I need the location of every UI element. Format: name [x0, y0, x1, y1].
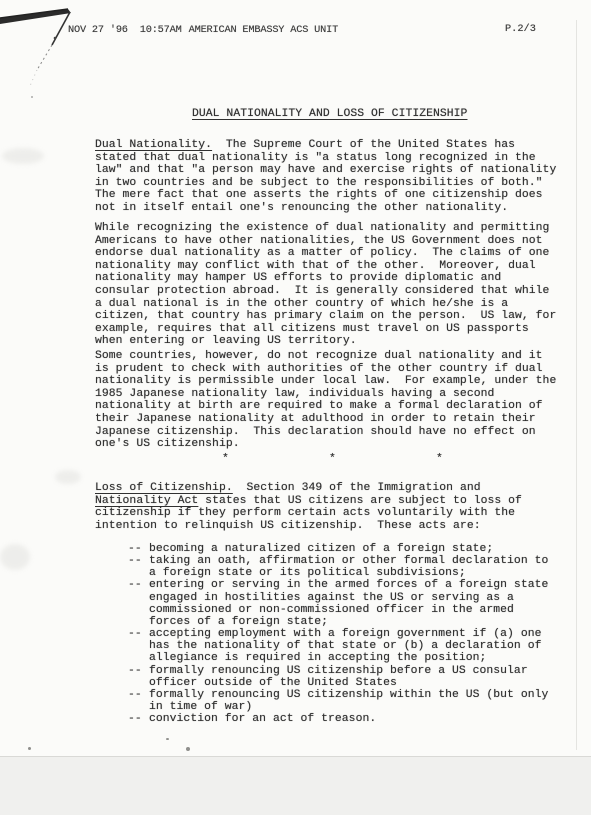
dual-nationality-heading: Dual Nationality.	[95, 139, 212, 151]
fax-page-indicator: P.2/3	[505, 23, 536, 35]
scan-smudge	[0, 544, 30, 570]
bullet-dash: --	[128, 579, 149, 628]
bullet-text: taking an oath, affirmation or other for…	[149, 555, 565, 579]
asterisk-glyph: *	[329, 453, 336, 465]
list-item: -- conviction for an act of treason.	[128, 713, 565, 725]
paragraph-loss-of-citizenship: Loss of Citizenship. Section 349 of the …	[95, 482, 575, 532]
bullet-list: -- becoming a naturalized citizen of a f…	[95, 543, 565, 725]
list-item: -- entering or serving in the armed forc…	[128, 579, 565, 628]
list-item: -- becoming a naturalized citizen of a f…	[128, 543, 565, 555]
bullet-text: becoming a naturalized citizen of a fore…	[149, 543, 565, 555]
scan-smudge	[2, 148, 44, 164]
bullet-dash: --	[128, 689, 149, 713]
scanner-background-strip	[0, 756, 591, 815]
asterisk-glyph: *	[436, 453, 443, 465]
nationality-act-heading: Nationality Act	[95, 495, 198, 507]
fold-crease-mark	[0, 0, 120, 115]
scan-speck	[166, 738, 169, 740]
bullet-text: accepting employment with a foreign gove…	[149, 628, 565, 664]
fax-sender: AMERICAN EMBASSY ACS UNIT	[189, 24, 338, 36]
bullet-dash: --	[128, 665, 149, 689]
scan-speck	[186, 747, 190, 751]
bullet-dash: --	[128, 628, 149, 664]
document-title: DUAL NATIONALITY AND LOSS OF CITIZENSHIP	[192, 107, 467, 121]
bullet-text: entering or serving in the armed forces …	[149, 579, 565, 628]
fax-datetime: NOV 27 '96 10:57AM	[68, 24, 182, 36]
asterisk-glyph: *	[222, 453, 229, 465]
bullet-dash: --	[128, 543, 149, 555]
bullet-text: formally renouncing US citizenship withi…	[149, 689, 565, 713]
paper-edge-line	[576, 20, 577, 750]
bullet-text: conviction for an act of treason.	[149, 713, 565, 725]
fax-page: NOV 27 '96 10:57AMAMERICAN EMBASSY ACS U…	[0, 0, 591, 815]
list-item: -- formally renouncing US citizenship wi…	[128, 689, 565, 713]
bullet-dash: --	[128, 713, 149, 725]
paragraph-other-countries: Some countries, however, do not recogniz…	[95, 350, 575, 451]
scan-smudge	[55, 470, 81, 484]
list-item: -- accepting employment with a foreign g…	[128, 628, 565, 664]
bullet-text: formally renouncing US citizenship befor…	[149, 665, 565, 689]
bullet-dash: --	[128, 555, 149, 579]
paragraph-policy: While recognizing the existence of dual …	[95, 222, 575, 348]
paragraph-dual-nationality: Dual Nationality. The Supreme Court of t…	[95, 139, 575, 215]
section-separator: * * *	[0, 453, 591, 467]
loss-of-citizenship-heading: Loss of Citizenship.	[95, 482, 233, 494]
fax-header: NOV 27 '96 10:57AMAMERICAN EMBASSY ACS U…	[68, 23, 551, 37]
list-item: -- formally renouncing US citizenship be…	[128, 665, 565, 689]
list-item: -- taking an oath, affirmation or other …	[128, 555, 565, 579]
paragraph-loss-body-1: Section 349 of the Immigration and	[233, 482, 481, 494]
scan-speck	[28, 747, 31, 750]
